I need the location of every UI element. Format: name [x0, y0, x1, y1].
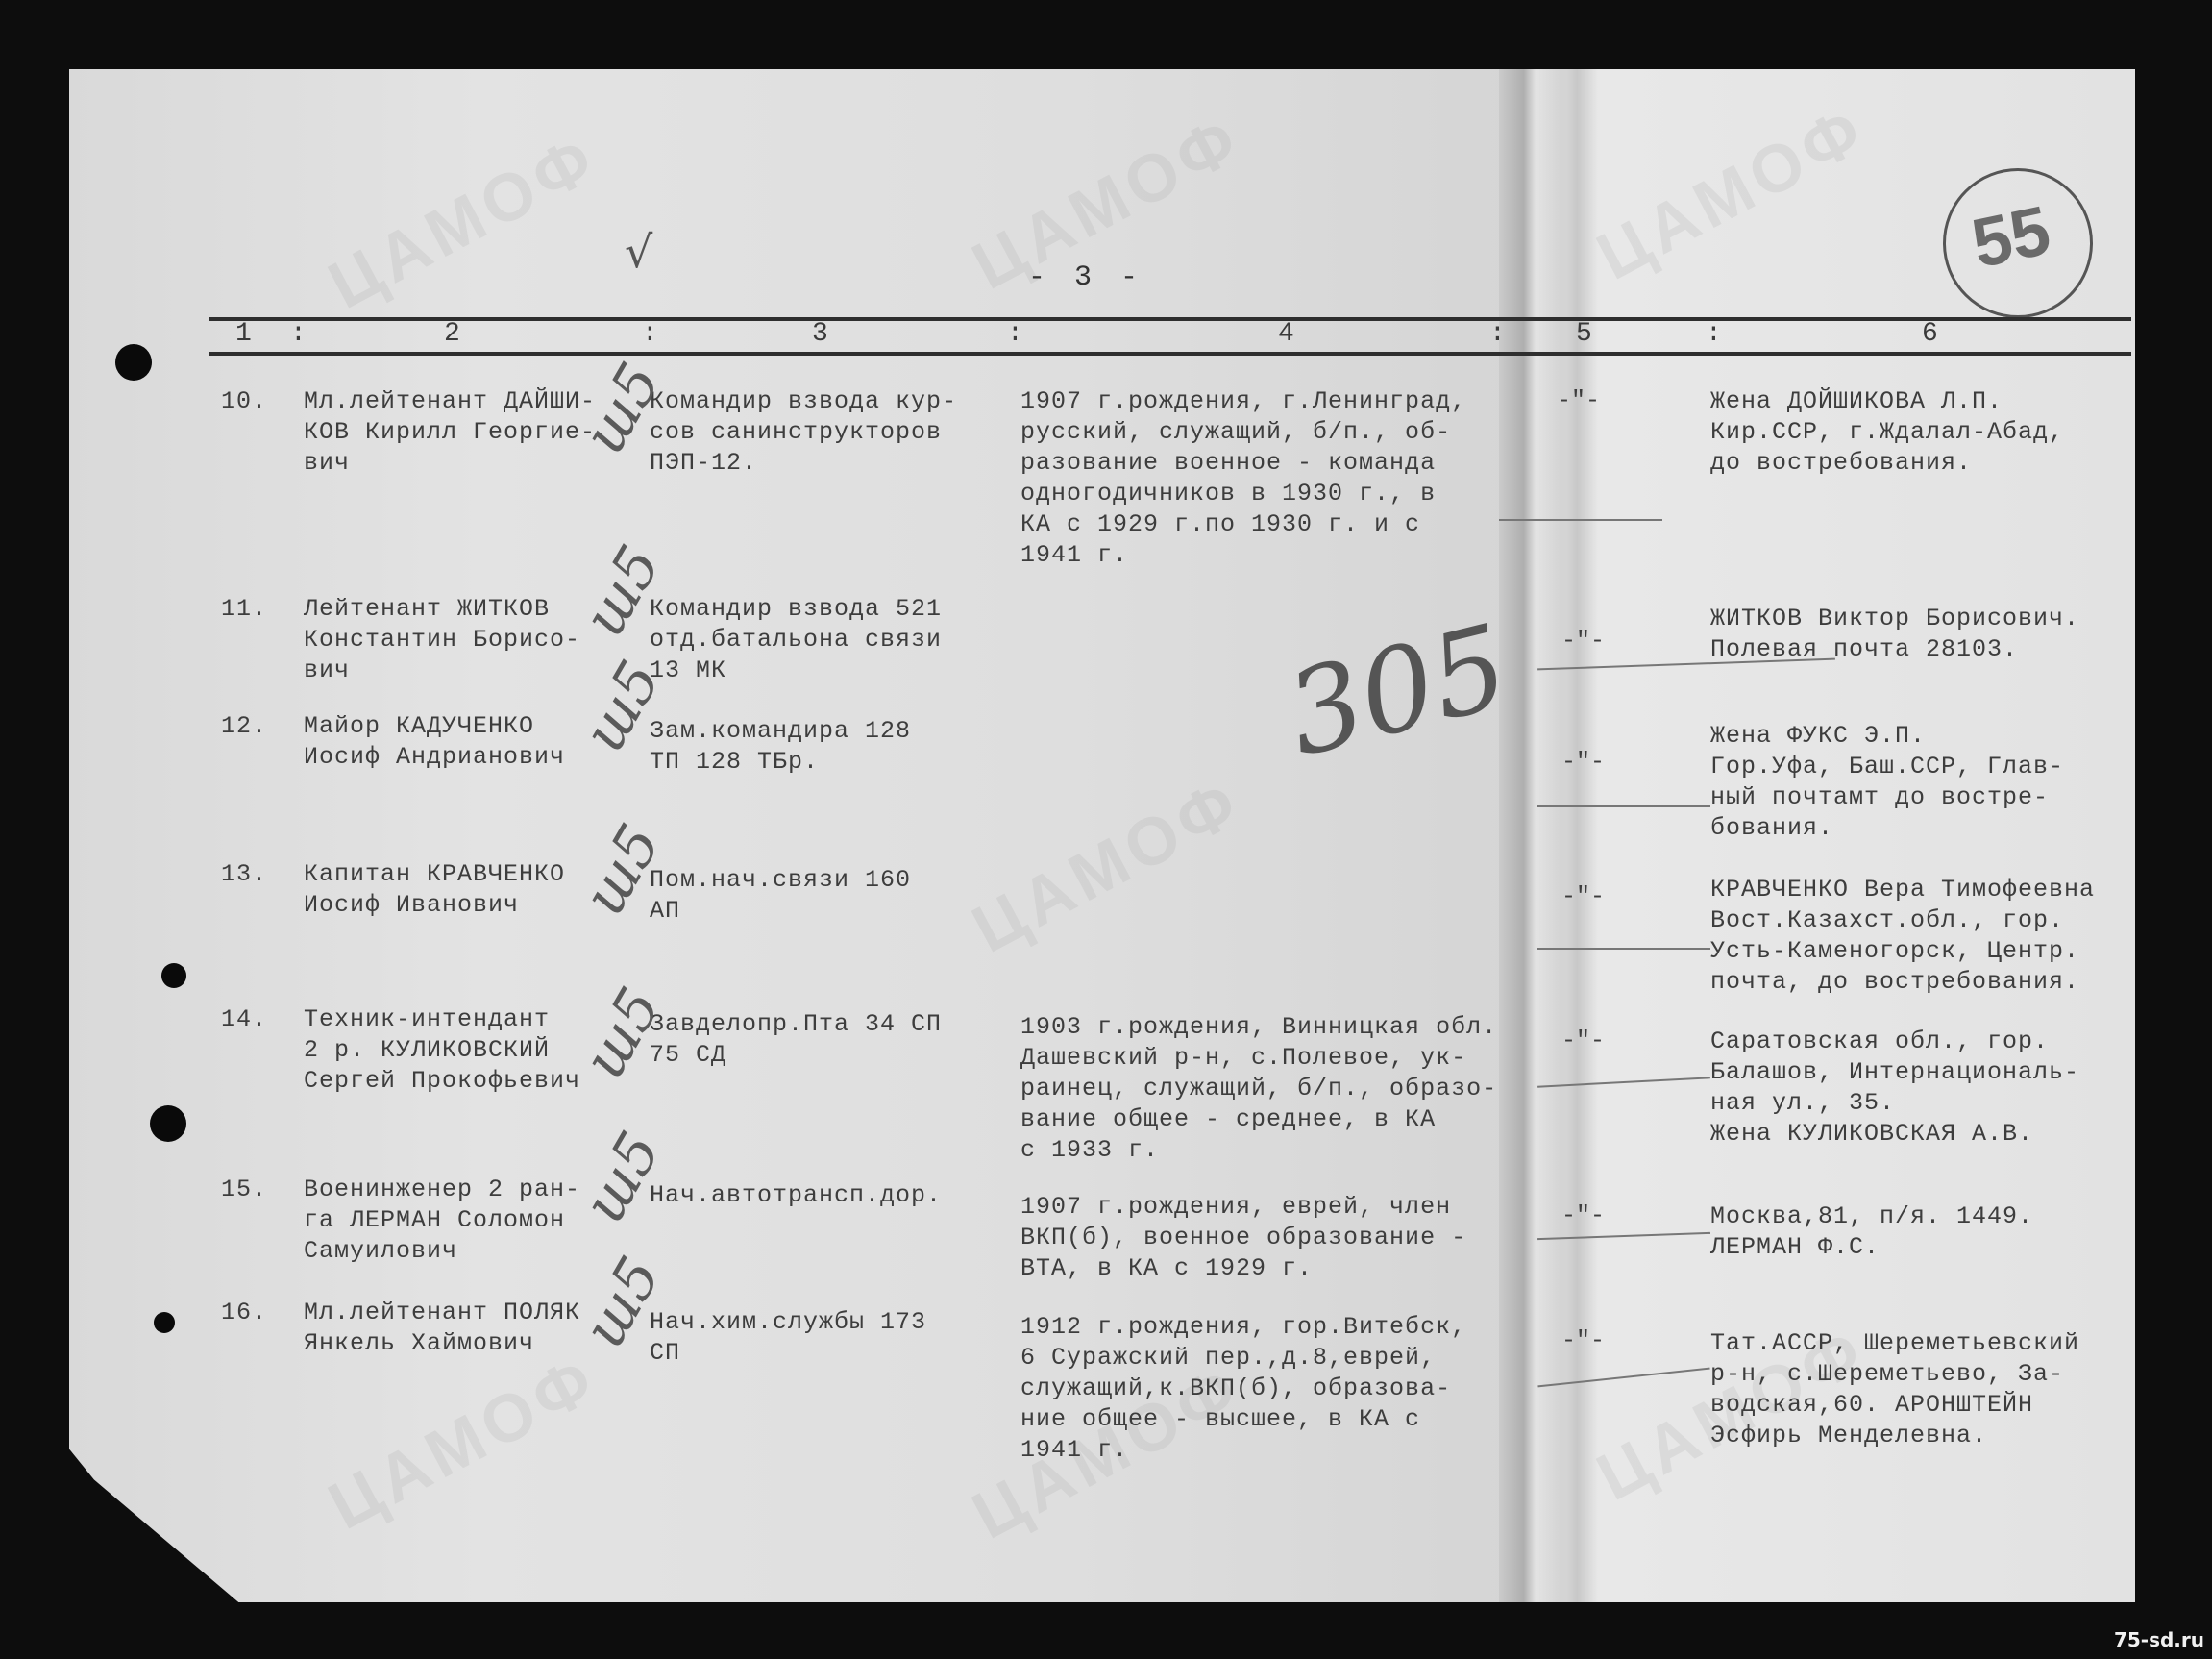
pencil-line — [1537, 948, 1710, 950]
column-separator: : — [1706, 319, 1722, 349]
row-col5-ditto: -"- — [1561, 1201, 1605, 1229]
punch-hole — [150, 1105, 186, 1142]
checkmark-icon: √ — [625, 226, 652, 278]
row-position: Завделопр.Пта 34 СП 75 СД — [650, 1009, 942, 1071]
page-number: - 3 - — [1028, 261, 1143, 294]
row-biography: 1907 г.рождения, еврей, член ВКП(б), вое… — [1020, 1192, 1466, 1284]
pencil-line — [1499, 519, 1662, 521]
row-name-rank: Майор КАДУЧЕНКО Иосиф Андрианович — [304, 711, 565, 773]
column-header-1: 1 — [235, 319, 252, 349]
row-number: 14. — [221, 1004, 267, 1035]
row-number: 16. — [221, 1298, 267, 1328]
archive-stamp: 55 — [1943, 168, 2093, 318]
column-separator: : — [642, 319, 658, 349]
row-number: 15. — [221, 1175, 267, 1205]
punch-hole — [154, 1312, 175, 1333]
row-position: Пом.нач.связи 160 АП — [650, 865, 911, 927]
row-col5-ditto: -"- — [1561, 882, 1605, 910]
row-relatives: Саратовская обл., гор. Балашов, Интернац… — [1710, 1027, 2079, 1150]
column-header-2: 2 — [444, 319, 460, 349]
punch-hole — [115, 344, 152, 381]
pencil-line — [1537, 805, 1710, 807]
paper-fold — [1499, 69, 1561, 1602]
row-name-rank: Мл.лейтенант ДАЙШИ- КОВ Кирилл Георгие- … — [304, 386, 596, 479]
row-position: Нач.хим.службы 173 СП — [650, 1307, 926, 1369]
row-relatives: КРАВЧЕНКО Вера Тимофеевна Вост.Казахст.о… — [1710, 875, 2095, 998]
row-biography: 1907 г.рождения, г.Ленинград, русский, с… — [1020, 386, 1466, 571]
row-col5-ditto: -"- — [1561, 627, 1605, 655]
column-header-3: 3 — [812, 319, 828, 349]
site-credit: 75-sd.ru — [2114, 1628, 2204, 1651]
row-col5-ditto: -"- — [1561, 1027, 1605, 1054]
row-name-rank: Лейтенант ЖИТКОВ Константин Борисо- вич — [304, 594, 580, 686]
row-name-rank: Военинженер 2 ран- га ЛЕРМАН Соломон Сам… — [304, 1175, 580, 1267]
column-header-5: 5 — [1576, 319, 1592, 349]
row-position: Нач.автотрансп.дор. — [650, 1180, 942, 1211]
row-position: Зам.командира 128 ТП 128 ТБр. — [650, 716, 911, 778]
row-relatives: Тат.АССР, Шереметьевский р-н, с.Шереметь… — [1710, 1328, 2079, 1451]
row-col5-ditto: -"- — [1557, 386, 1600, 414]
row-number: 13. — [221, 859, 267, 890]
column-separator: : — [1007, 319, 1023, 349]
column-separator: : — [290, 319, 307, 349]
row-name-rank: Капитан КРАВЧЕНКО Иосиф Иванович — [304, 859, 565, 921]
row-name-rank: Мл.лейтенант ПОЛЯК Янкель Хаймович — [304, 1298, 580, 1359]
row-relatives: Жена ФУКС Э.П. Гор.Уфа, Баш.ССР, Глав- н… — [1710, 721, 2064, 844]
row-number: 10. — [221, 386, 267, 417]
row-biography: 1912 г.рождения, гор.Витебск, 6 Суражски… — [1020, 1312, 1466, 1466]
row-number: 11. — [221, 594, 267, 625]
row-position: Командир взвода кур- сов санинструкторов… — [650, 386, 957, 479]
column-header-6: 6 — [1922, 319, 1938, 349]
row-biography: 1903 г.рождения, Винницкая обл. Дашевски… — [1020, 1012, 1497, 1166]
row-relatives: Москва,81, п/я. 1449. ЛЕРМАН Ф.С. — [1710, 1201, 2033, 1263]
row-col5-ditto: -"- — [1561, 748, 1605, 776]
row-relatives: Жена ДОЙШИКОВА Л.П. Кир.ССР, г.Ждалал-Аб… — [1710, 386, 2064, 479]
column-header-4: 4 — [1278, 319, 1294, 349]
table-header-bottom-rule — [209, 352, 2131, 356]
row-position: Командир взвода 521 отд.батальона связи … — [650, 594, 942, 686]
punch-hole — [161, 963, 186, 988]
row-col5-ditto: -"- — [1561, 1326, 1605, 1354]
column-separator: : — [1489, 319, 1506, 349]
table-header-top-rule — [209, 317, 2131, 321]
row-relatives: ЖИТКОВ Виктор Борисович. Полевая почта 2… — [1710, 604, 2079, 665]
row-number: 12. — [221, 711, 267, 742]
archive-stamp-number: 55 — [1965, 191, 2056, 285]
row-name-rank: Техник-интендант 2 р. КУЛИКОВСКИЙ Сергей… — [304, 1004, 580, 1097]
